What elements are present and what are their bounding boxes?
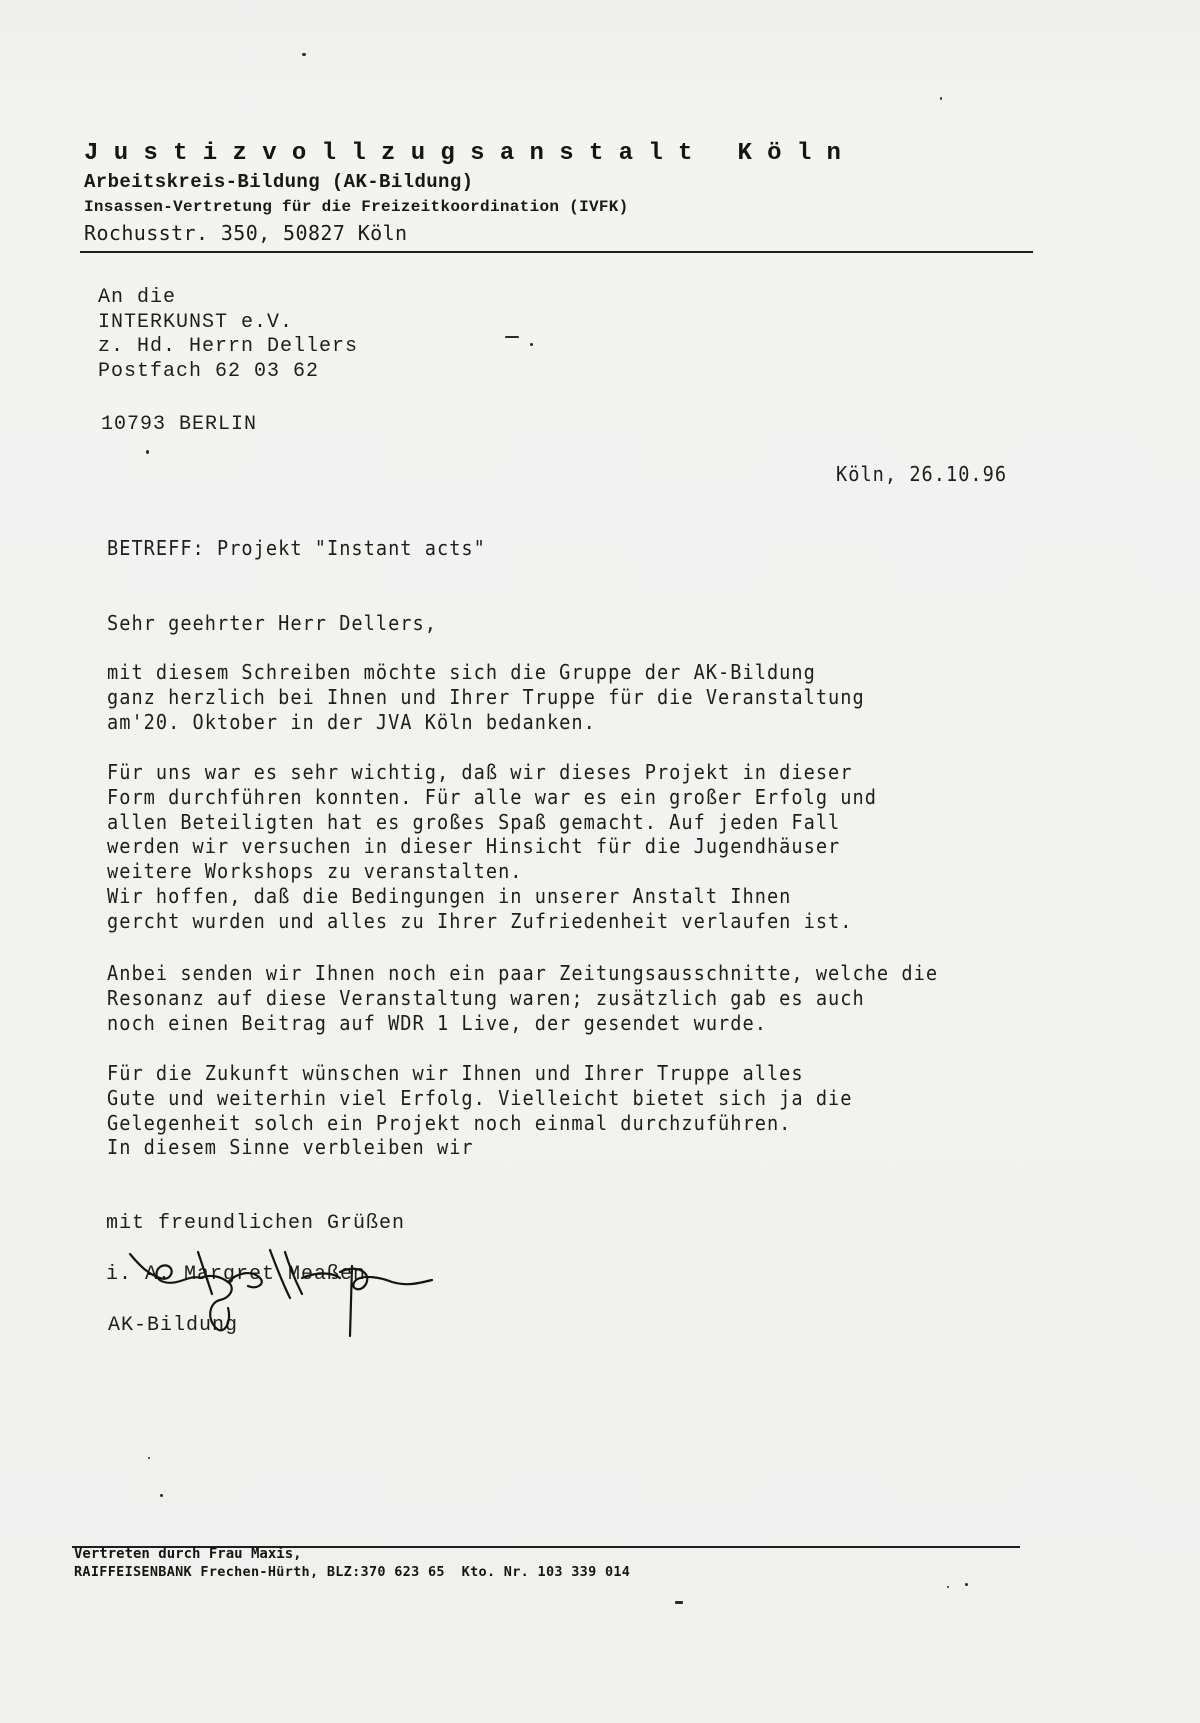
- recipient-line: z. Hd. Herrn Dellers: [98, 335, 358, 360]
- body-line: noch einen Beitrag auf WDR 1 Live, der g…: [107, 1011, 938, 1036]
- body-line: gercht wurden und alles zu Ihrer Zufried…: [107, 909, 877, 934]
- scan-speck: [146, 450, 149, 454]
- footer-bank-details: RAIFFEISENBANK Frechen-Hürth, BLZ:370 62…: [74, 1564, 630, 1580]
- body-line: Gute und weiterhin viel Erfolg. Vielleic…: [107, 1086, 852, 1111]
- body-line: allen Beteiligten hat es großes Spaß gem…: [107, 810, 877, 835]
- scan-speck: [675, 1601, 683, 1604]
- scan-speck: [160, 1494, 163, 1497]
- letter-subject: BETREFF: Projekt "Instant acts": [107, 536, 486, 560]
- body-line: ganz herzlich bei Ihnen und Ihrer Truppe…: [107, 685, 865, 710]
- body-line: werden wir versuchen in dieser Hinsicht …: [107, 834, 877, 859]
- scan-speck: [947, 1586, 949, 1588]
- scan-speck: [505, 336, 519, 338]
- body-paragraph-4: Für die Zukunft wünschen wir Ihnen und I…: [107, 1061, 852, 1160]
- recipient-line: An die: [98, 286, 358, 311]
- closing-greeting: mit freundlichen Grüßen: [106, 1212, 405, 1235]
- body-paragraph-1: mit diesem Schreiben möchte sich die Gru…: [107, 660, 865, 734]
- letterhead-address: Rochusstr. 350, 50827 Köln: [84, 221, 407, 245]
- recipient-city: 10793 BERLIN: [101, 413, 257, 436]
- body-line: In diesem Sinne verbleiben wir: [107, 1135, 852, 1160]
- body-line: Gelegenheit solch ein Projekt noch einma…: [107, 1111, 852, 1136]
- recipient-line: Postfach 62 03 62: [98, 360, 358, 385]
- scan-speck: [148, 1457, 150, 1459]
- scan-speck: [940, 97, 942, 100]
- body-line: Für uns war es sehr wichtig, daß wir die…: [107, 760, 877, 785]
- body-line: mit diesem Schreiben möchte sich die Gru…: [107, 660, 865, 685]
- body-line: Resonanz auf diese Veranstaltung waren; …: [107, 986, 938, 1011]
- recipient-line: INTERKUNST e.V.: [98, 311, 358, 336]
- recipient-address: An dieINTERKUNST e.V.z. Hd. Herrn Deller…: [98, 286, 358, 384]
- scan-speck: [530, 343, 533, 346]
- body-line: Form durchführen konnten. Für alle war e…: [107, 785, 877, 810]
- letter-date: Köln, 26.10.96: [836, 462, 1007, 486]
- letterhead-institution: Justizvollzugsanstalt Köln: [84, 140, 856, 167]
- scan-speck: [302, 53, 306, 56]
- scan-speck: [965, 1583, 968, 1586]
- body-line: Anbei senden wir Ihnen noch ein paar Zei…: [107, 961, 938, 986]
- body-line: Für die Zukunft wünschen wir Ihnen und I…: [107, 1061, 852, 1086]
- body-line: weitere Workshops zu veranstalten.: [107, 859, 877, 884]
- body-line: am'20. Oktober in der JVA Köln bedanken.: [107, 710, 865, 735]
- letterhead-department: Arbeitskreis-Bildung (AK-Bildung): [84, 171, 473, 193]
- body-line: Wir hoffen, daß die Bedingungen in unser…: [107, 884, 877, 909]
- handwritten-signature-icon: [120, 1248, 440, 1338]
- footer-representative: Vertreten durch Frau Maxis,: [74, 1546, 302, 1562]
- body-paragraph-2: Für uns war es sehr wichtig, daß wir die…: [107, 760, 877, 934]
- body-paragraph-3: Anbei senden wir Ihnen noch ein paar Zei…: [107, 961, 938, 1035]
- letterhead-subdepartment: Insassen-Vertretung für die Freizeitkoor…: [84, 198, 629, 216]
- letter-salutation: Sehr geehrter Herr Dellers,: [107, 611, 437, 635]
- letterhead-divider: [80, 251, 1033, 253]
